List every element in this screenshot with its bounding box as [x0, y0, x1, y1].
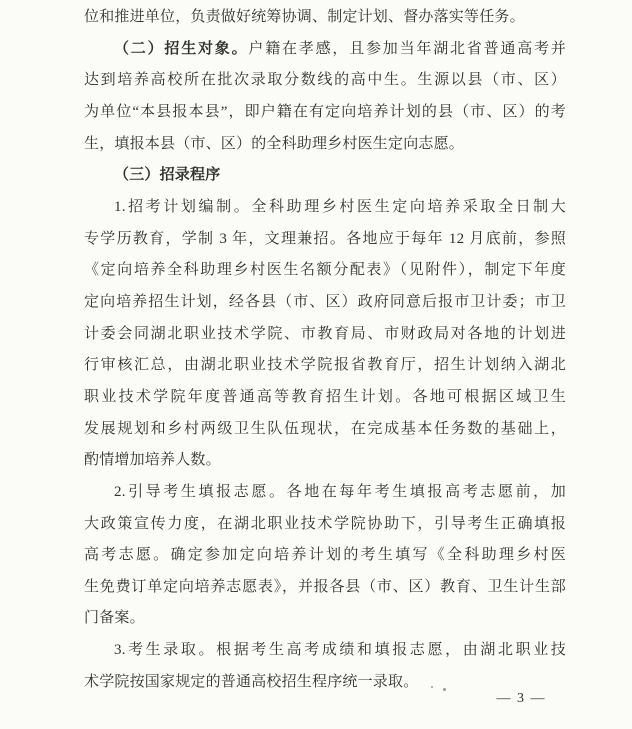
text-run: 1.招考计划编制。全科助理乡村医生定向培养采取全日制大: [114, 199, 566, 215]
text-line: 门备案。: [84, 603, 566, 635]
text-line: 专学历教育，学制 3 年，文理兼招。各地应于每年 12 月底前，参照: [84, 224, 566, 256]
text-line: 定向培养招生计划，经各县（市、区）政府同意后报市卫计委；市卫: [84, 287, 566, 319]
text-run: 计委会同湖北职业技术学院、市教育局、市财政局对各地的计划进: [84, 326, 566, 342]
text-line: 达到培养高校所在批次录取分数线的高中生。生源以县（市、区）: [84, 65, 566, 97]
paragraph: 3.考生录取。根据考生高考成绩和填报志愿，由湖北职业技术学院按国家规定的普通高校…: [84, 635, 566, 698]
section-heading: （二）招生对象。: [114, 41, 248, 57]
text-line: 《定向培养全科助理乡村医生名额分配表》（见附件），制定下年度: [84, 255, 566, 287]
paragraph: （二）招生对象。户籍在孝感，且参加当年湖北省普通高考并达到培养高校所在批次录取分…: [84, 34, 566, 161]
text-run: 行审核汇总，由湖北职业技术学院报省教育厅，招生计划纳入湖北: [84, 357, 566, 373]
text-run: 术学院按国家规定的普通高校招生程序统一录取。: [84, 674, 418, 690]
text-line: 生免费订单定向培养志愿表》，并报各县（市、区）教育、卫生计生部: [84, 572, 566, 604]
document-body: 位和推进单位，负责做好统筹协调、制定计划、督办落实等任务。（二）招生对象。户籍在…: [84, 2, 566, 698]
paragraph: 1.招考计划编制。全科助理乡村医生定向培养采取全日制大专学历教育，学制 3 年，…: [84, 192, 566, 477]
text-run: 2.引导考生填报志愿。各地在每年考生填报高考志愿前，加: [114, 484, 566, 500]
text-run: 大政策宣传力度，在湖北职业技术学院协助下，引导考生正确填报: [84, 516, 566, 532]
text-run: 达到培养高校所在批次录取分数线的高中生。生源以县（市、区）: [84, 72, 566, 88]
paragraph: 2.引导考生填报志愿。各地在每年考生填报高考志愿前，加大政策宣传力度，在湖北职业…: [84, 477, 566, 635]
text-line: 职业技术学院年度普通高等教育招生计划。各地可根据区域卫生: [84, 382, 566, 414]
text-line: 生，填报本县（市、区）的全科助理乡村医生定向志愿。: [84, 129, 566, 161]
text-line: 为单位“本县报本县”，即户籍在有定向培养计划的县（市、区）的考: [84, 97, 566, 129]
scan-speckle: [443, 688, 446, 691]
text-line: 3.考生录取。根据考生高考成绩和填报志愿，由湖北职业技: [84, 635, 566, 667]
text-line: 酌情增加培养人数。: [84, 445, 566, 477]
text-run: 门备案。: [84, 610, 145, 626]
text-line: 大政策宣传力度，在湖北职业技术学院协助下，引导考生正确填报: [84, 509, 566, 541]
page-number: — 3 —: [497, 691, 547, 707]
text-run: 位和推进单位，负责做好统筹协调、制定计划、督办落实等任务。: [84, 9, 525, 25]
text-line: （三）招录程序: [84, 160, 566, 192]
text-run: 为单位“本县报本县”，即户籍在有定向培养计划的县（市、区）的考: [84, 104, 566, 120]
document-page: 位和推进单位，负责做好统筹协调、制定计划、督办落实等任务。（二）招生对象。户籍在…: [0, 0, 632, 729]
text-line: 1.招考计划编制。全科助理乡村医生定向培养采取全日制大: [84, 192, 566, 224]
text-line: 2.引导考生填报志愿。各地在每年考生填报高考志愿前，加: [84, 477, 566, 509]
text-run: 酌情增加培养人数。: [84, 452, 221, 468]
text-line: 计委会同湖北职业技术学院、市教育局、市财政局对各地的计划进: [84, 319, 566, 351]
text-line: 发展规划和乡村两级卫生队伍现状，在完成基本任务数的基础上，: [84, 414, 566, 446]
text-run: 《定向培养全科助理乡村医生名额分配表》（见附件），制定下年度: [84, 262, 566, 278]
text-line: 位和推进单位，负责做好统筹协调、制定计划、督办落实等任务。: [84, 2, 566, 34]
text-run: 发展规划和乡村两级卫生队伍现状，在完成基本任务数的基础上，: [84, 421, 566, 437]
text-run: 生，填报本县（市、区）的全科助理乡村医生定向志愿。: [84, 136, 464, 152]
text-line: （二）招生对象。户籍在孝感，且参加当年湖北省普通高考并: [84, 34, 566, 66]
text-run: 3.考生录取。根据考生高考成绩和填报志愿，由湖北职业技: [114, 642, 566, 658]
paragraph: （三）招录程序: [84, 160, 566, 192]
scan-speckle: [431, 686, 433, 688]
text-run: 高考志愿。确定参加定向培养计划的考生填写《全科助理乡村医: [84, 547, 566, 563]
text-run: 户籍在孝感，且参加当年湖北省普通高考并: [248, 41, 566, 57]
section-heading: （三）招录程序: [114, 167, 220, 183]
text-run: 定向培养招生计划，经各县（市、区）政府同意后报市卫计委；市卫: [84, 294, 566, 310]
paragraph: 位和推进单位，负责做好统筹协调、制定计划、督办落实等任务。: [84, 2, 566, 34]
text-line: 行审核汇总，由湖北职业技术学院报省教育厅，招生计划纳入湖北: [84, 350, 566, 382]
text-run: 职业技术学院年度普通高等教育招生计划。各地可根据区域卫生: [84, 389, 566, 405]
text-line: 高考志愿。确定参加定向培养计划的考生填写《全科助理乡村医: [84, 540, 566, 572]
text-run: 生免费订单定向培养志愿表》，并报各县（市、区）教育、卫生计生部: [84, 579, 566, 595]
text-line: 术学院按国家规定的普通高校招生程序统一录取。: [84, 667, 566, 699]
text-run: 专学历教育，学制 3 年，文理兼招。各地应于每年 12 月底前，参照: [84, 231, 566, 247]
